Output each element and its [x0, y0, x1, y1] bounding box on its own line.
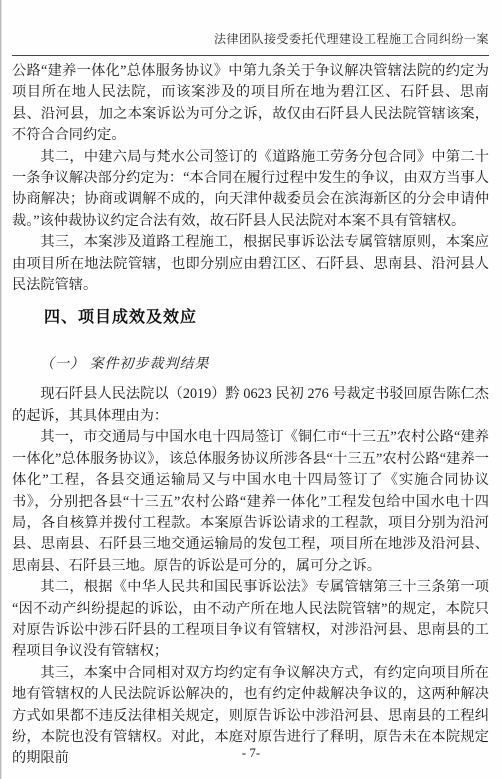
body-paragraph-continuation: 公路“建养一体化”总体服务协议》中第九条关于争议解决管辖法院的约定为项目所在地人… — [12, 61, 489, 147]
page-content: 公路“建养一体化”总体服务协议》中第九条关于争议解决管辖法院的约定为项目所在地人… — [12, 57, 489, 770]
body-paragraph: 其二，中建六局与梵水公司签订的《道路施工劳务分包合同》中第二十一条争议解决部分约… — [12, 147, 489, 233]
body-paragraph: 其一，市交通局与中国水电十四局签订《铜仁市“十三五”农村公路“建养一体化”总体服… — [12, 427, 489, 577]
body-paragraph: 其三，本案涉及道路工程施工，根据民事诉讼法专属管辖原则，本案应由项目所在地法院管… — [12, 232, 489, 296]
body-paragraph: 现石阡县人民法院以（2019）黔 0623 民初 276 号裁定书驳回原告陈仁杰… — [12, 384, 489, 427]
scan-edge-artifact — [0, 0, 2, 779]
body-paragraph: 其二，根据《中华人民共和国民事诉讼法》专属管辖第三十三条第一项“因不动产纠纷提起… — [12, 577, 489, 663]
document-page: 法律团队接受委托代理建设工程施工合同纠纷一案 公路“建养一体化”总体服务协议》中… — [0, 0, 502, 779]
section-heading: 四、项目成效及效应 — [12, 306, 489, 330]
running-header-title: 法律团队接受委托代理建设工程施工合同纠纷一案 — [214, 32, 489, 46]
page-header: 法律团队接受委托代理建设工程施工合同纠纷一案 — [12, 0, 489, 56]
page-number: - 7- — [0, 745, 502, 761]
subsection-heading: （一） 案件初步裁判结果 — [12, 355, 489, 375]
